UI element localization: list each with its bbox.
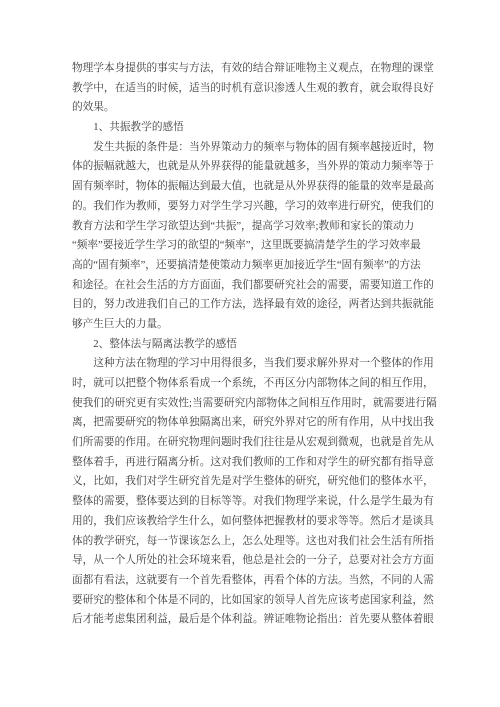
- text-line: 整体的需要，整体要达到的目标等等。对我们物理学来说，什么是学生最为有: [72, 492, 440, 512]
- text-line: “频率”要接近学生学习的欲望的“频率”，这里既要搞清楚学生的学习效率最: [72, 236, 440, 256]
- text-line: 后才能考虑集团利益，最后是个体利益。辨证唯物论指出：首先要从整体着眼: [72, 610, 440, 630]
- text-line: 体的振幅就越大，也就是从外界获得的能量就越多，当外界的策动力频率等于: [72, 157, 440, 177]
- text-line: 够产生巨大的力量。: [72, 315, 440, 335]
- text-line: 高的“固有频率”，还要搞清楚使策动力频率更加接近学生“固有频率”的方法: [72, 256, 440, 276]
- text-line: 的。我们作为教师，要努力对学生学习兴趣，学习的效率进行研究，使我们的: [72, 197, 440, 217]
- text-line: 要研究的整体和个体是不同的，比如国家的领导人首先应该考虑国家利益，然: [72, 591, 440, 611]
- section-1-heading: 1、共振教学的感悟: [72, 118, 440, 138]
- text-line: 体的教学研究，每一节课该怎么上，怎么处理等。这也对我们社会生活有所指: [72, 532, 440, 552]
- text-line: 教育方法和学生学习欲望达到“共振”，提高学习效率;教师和家长的策动力: [72, 217, 440, 237]
- text-line: 使我们的研究更有实效性;当需要研究内部物体之间相互作用时，就需要进行隔: [72, 394, 440, 414]
- text-line: 们所需要的作用。在研究物理问题时我们往往是从宏观到微观，也就是首先从: [72, 433, 440, 453]
- text-line: 整体着手，再进行隔离分析。这对我们教师的工作和对学生的研究都有指导意: [72, 453, 440, 473]
- text-line: 发生共振的条件是：当外界策动力的频率与物体的固有频率越接近时，物: [72, 138, 440, 158]
- text-line: 和途径。在社会生活的方方面面，我们都要研究社会的需要，需要知道工作的: [72, 276, 440, 296]
- text-line: 离，把需要研究的物体单独隔离出来，研究外界对它的所有作用，从中找出我: [72, 413, 440, 433]
- document-body: 物理学本身提供的事实与方法，有效的结合辩证唯物主义观点，在物理的课堂 教学中，在…: [72, 59, 440, 630]
- text-line: 用的，我们应该教给学生什么，如何整体把握教材的要求等等。然后才是谈具: [72, 512, 440, 532]
- text-line: 这种方法在物理的学习中用得很多，当我们要求解外界对一个整体的作用: [72, 354, 440, 374]
- section-2-heading: 2、整体法与隔离法教学的感悟: [72, 335, 440, 355]
- text-line: 目的，努力改进我们自己的工作方法，选择最有效的途径，两者达到共振就能: [72, 295, 440, 315]
- text-line: 时，就可以把整个物体系看成一个系统，不再区分内部物体之间的相互作用，: [72, 374, 440, 394]
- text-line: 面都有看法，这就要有一个首先看整体，再看个体的方法。当然，不同的人需: [72, 571, 440, 591]
- text-line: 导，从一个人所处的社会环境来看，他总是社会的一分子，总要对社会方方面: [72, 551, 440, 571]
- text-line: 义，比如，我们对学生研究首先是对学生整体的研究，研究他们的整体水平，: [72, 472, 440, 492]
- text-line: 物理学本身提供的事实与方法，有效的结合辩证唯物主义观点，在物理的课堂: [72, 59, 440, 79]
- text-line: 固有频率时，物体的振幅达到最大值，也就是从外界获得的能量的效率是最高: [72, 177, 440, 197]
- document-page: 物理学本身提供的事实与方法，有效的结合辩证唯物主义观点，在物理的课堂 教学中，在…: [0, 0, 500, 707]
- text-line: 的效果。: [72, 98, 440, 118]
- text-line: 教学中，在适当的时候，适当的时机有意识渗透人生观的教育，就会取得良好: [72, 79, 440, 99]
